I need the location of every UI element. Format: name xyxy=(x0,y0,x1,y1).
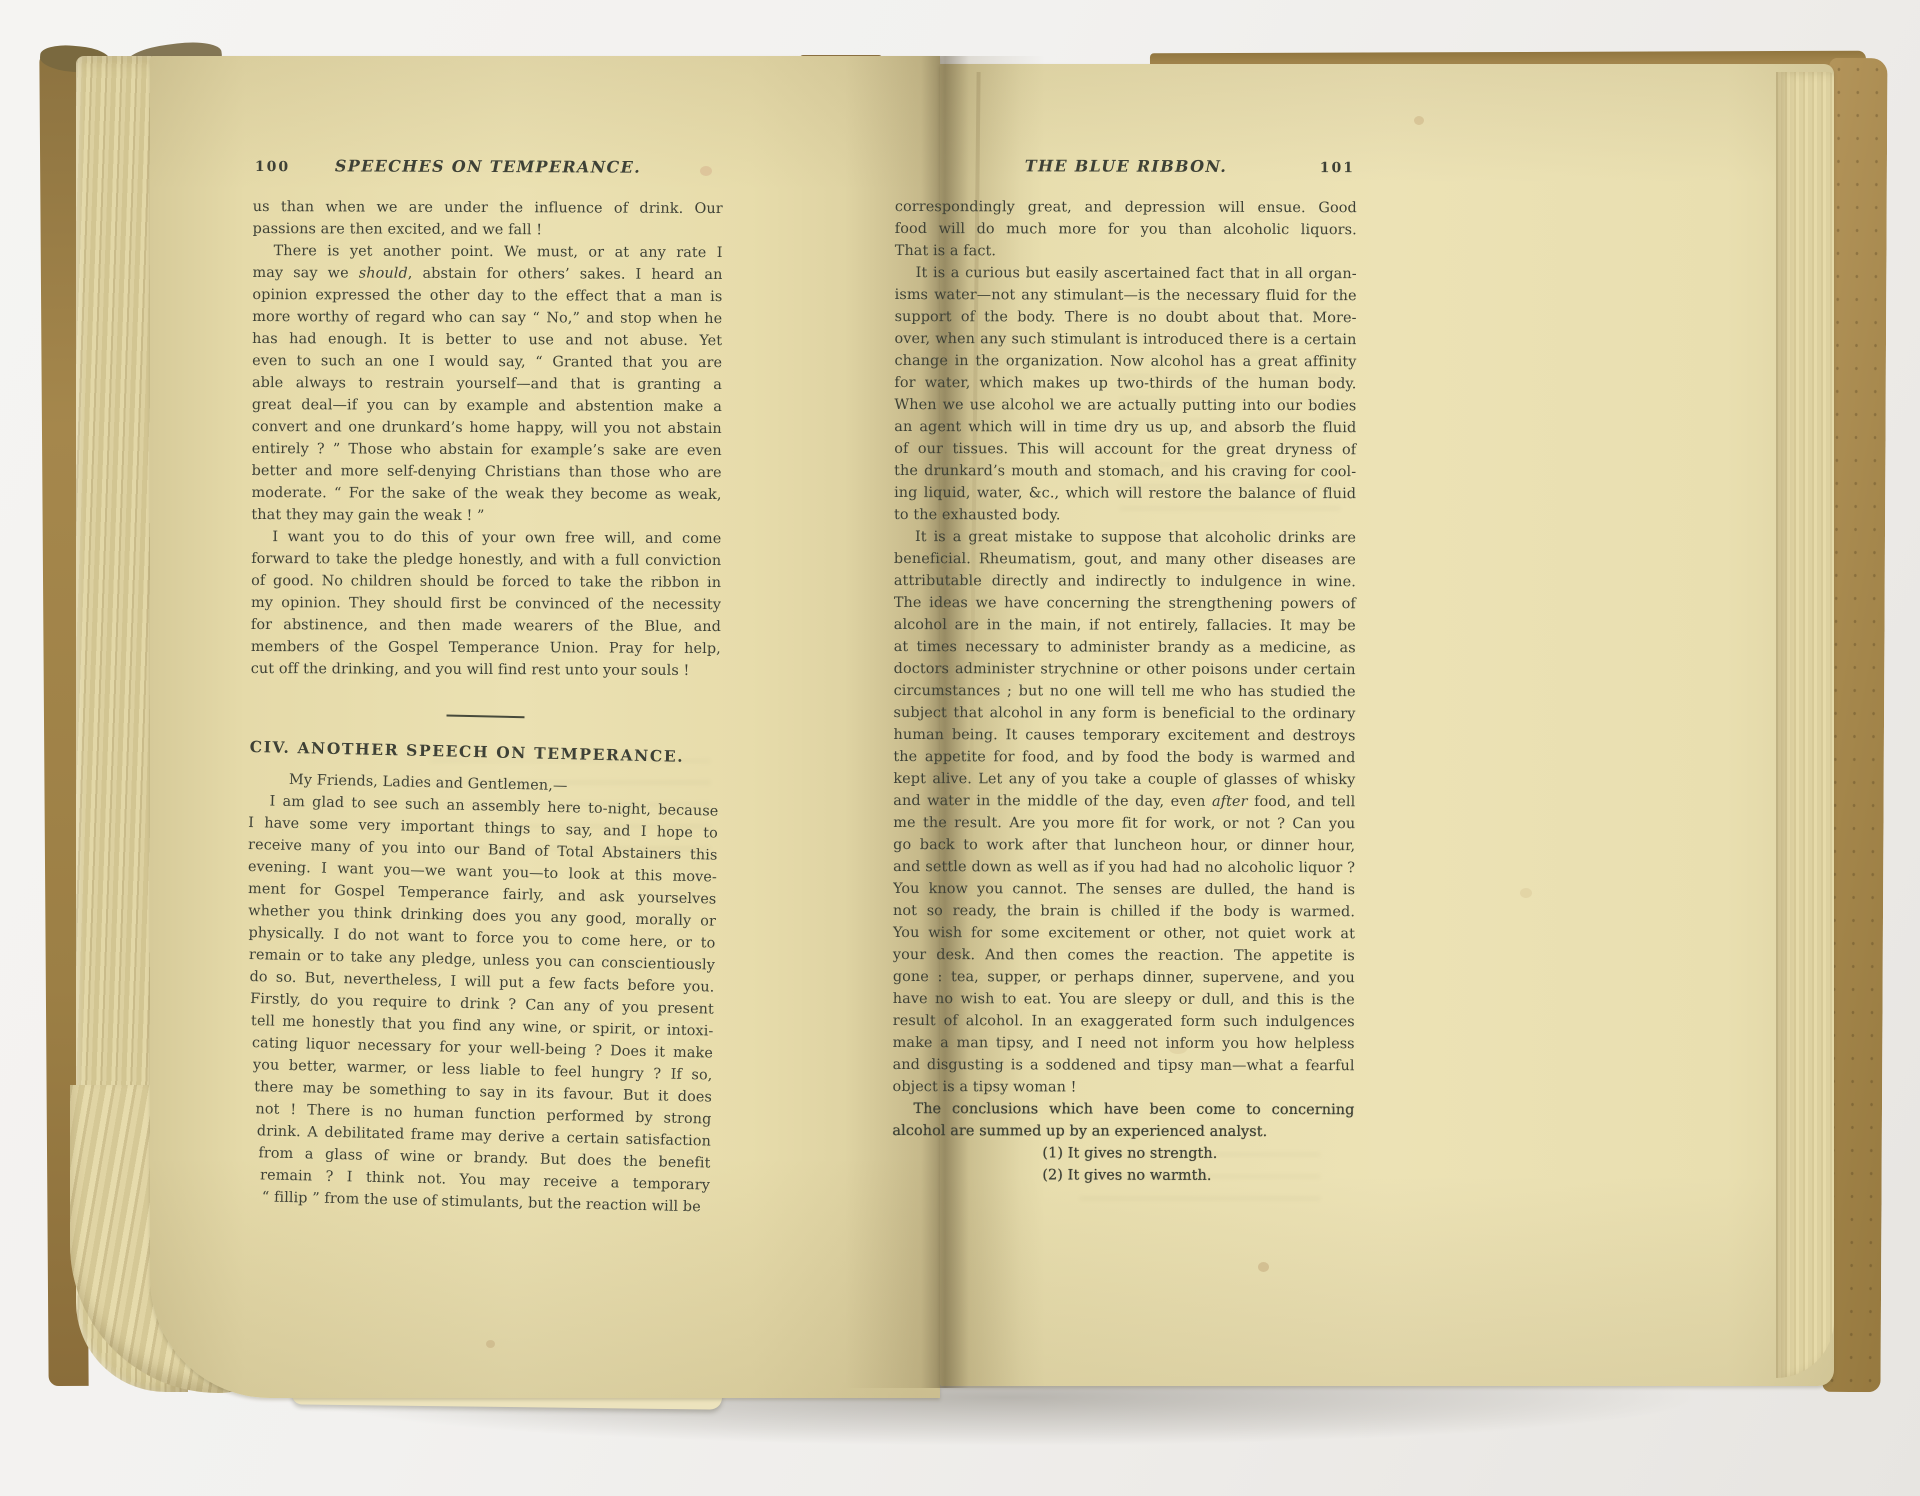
text-line: me the result. Are you more fit for work… xyxy=(893,812,1355,835)
text-line: the drunkard’s mouth and stomach, and hi… xyxy=(894,460,1356,483)
text-line: entirely ? ” Those who abstain for examp… xyxy=(252,438,722,462)
text-line: opinion expressed the other day to the e… xyxy=(252,284,722,308)
text-line: an agent which will in time dry us up, a… xyxy=(894,416,1356,439)
text-line: and settle down as well as if you had ha… xyxy=(893,856,1355,879)
text-line: There is yet another point. We must, or … xyxy=(253,240,723,264)
text-line: I want you to do this of your own free w… xyxy=(251,526,721,550)
text-line: doctors administer strychnine or other p… xyxy=(894,658,1356,681)
right-page-text: THE BLUE RIBBON. 101 correspondingly gre… xyxy=(892,156,1357,1187)
text-line: my opinion. They should first be convinc… xyxy=(251,592,721,616)
text-line: circumstances ; but no one will tell me … xyxy=(894,680,1356,703)
paragraph-block: My Friends, Ladies and Gentlemen,—I am g… xyxy=(239,768,719,1219)
section-block: CIV. ANOTHER SPEECH ON TEMPERANCE. My Fr… xyxy=(239,710,720,1219)
text-line: more worthy of regard who can say “ No,”… xyxy=(252,306,722,330)
text-line: for abstinence, and then made wearers of… xyxy=(251,614,721,638)
text-line: ing liquid, water, &c., which will resto… xyxy=(894,482,1356,505)
text-line: at times necessary to administer brandy … xyxy=(894,636,1356,659)
text-line: The ideas we have concerning the strengt… xyxy=(894,592,1356,615)
text-line: You wish for some excitement or other, n… xyxy=(893,922,1355,945)
text-line: to the exhausted body. xyxy=(894,504,1356,527)
text-line: correspondingly great, and depression wi… xyxy=(895,196,1357,219)
text-line: and disgusting is a soddened and tipsy m… xyxy=(893,1054,1355,1077)
text-line: subject that alcohol in any form is bene… xyxy=(894,702,1356,725)
foxing-spot xyxy=(1258,1262,1269,1272)
running-head: SPEECHES ON TEMPERANCE. xyxy=(335,156,641,176)
text-line: alcohol are summed up by an experienced … xyxy=(892,1120,1354,1143)
text-line: It is a curious but easily ascertained f… xyxy=(895,262,1357,285)
text-line: moderate. “ For the sake of the weak the… xyxy=(251,482,721,506)
text-line: You know you cannot. The senses are dull… xyxy=(893,878,1355,901)
running-head: THE BLUE RIBBON. xyxy=(1025,156,1228,176)
text-line: It is a great mistake to suppose that al… xyxy=(894,526,1356,549)
text-line: When we use alcohol we are actually putt… xyxy=(894,394,1356,417)
paragraph-block: us than when we are under the influence … xyxy=(251,196,723,682)
text-line: and water in the middle of the day, even… xyxy=(893,790,1355,813)
text-line: go back to work after that luncheon hour… xyxy=(893,834,1355,857)
text-line: your desk. And then comes the reaction. … xyxy=(893,944,1355,967)
text-line: object is a tipsy woman ! xyxy=(893,1076,1355,1099)
text-line: human being. It causes temporary excitem… xyxy=(893,724,1355,747)
text-line: kept alive. Let any of you take a couple… xyxy=(893,768,1355,791)
paragraph-block: correspondingly great, and depression wi… xyxy=(892,196,1357,1187)
text-line: isms water—not any stimulant—is the nece… xyxy=(895,284,1357,307)
text-line: us than when we are under the influence … xyxy=(253,196,723,220)
foxing-spot xyxy=(1414,116,1424,125)
left-page-header: 100 SPEECHES ON TEMPERANCE. xyxy=(253,156,723,184)
text-line: of good. No children should be forced to… xyxy=(251,570,721,594)
text-line: attributable directly and indirectly to … xyxy=(894,570,1356,593)
text-line: passions are then excited, and we fall ! xyxy=(253,218,723,242)
foxing-spot xyxy=(486,1340,495,1348)
text-line: gone : tea, supper, or perhaps dinner, s… xyxy=(893,966,1355,989)
text-line: members of the Gospel Temperance Union. … xyxy=(251,636,721,660)
text-line: alcohol are in the main, if not entirely… xyxy=(894,614,1356,637)
text-line: not so ready, the brain is chilled if th… xyxy=(893,900,1355,923)
section-divider xyxy=(446,714,524,718)
text-line: change in the organization. Now alcohol … xyxy=(894,350,1356,373)
text-line: (2) It gives no warmth. xyxy=(892,1164,1354,1187)
text-line: food will do much more for you than alco… xyxy=(895,218,1357,241)
text-line: convert and one drunkard’s home happy, w… xyxy=(252,416,722,440)
text-line: better and more self-denying Christians … xyxy=(252,460,722,484)
text-line: beneficial. Rheumatism, gout, and many o… xyxy=(894,548,1356,571)
page-number: 101 xyxy=(1320,160,1355,176)
section-heading: CIV. ANOTHER SPEECH ON TEMPERANCE. xyxy=(249,734,719,771)
page-number: 100 xyxy=(255,159,290,175)
text-line: The conclusions which have been come to … xyxy=(892,1098,1354,1121)
text-line: have no wish to eat. You are sleepy or d… xyxy=(893,988,1355,1011)
text-line: cut off the drinking, and you will find … xyxy=(251,658,721,682)
text-line: great deal—if you can by example and abs… xyxy=(252,394,722,418)
left-page-text: 100 SPEECHES ON TEMPERANCE. us than when… xyxy=(248,156,723,1210)
text-line: even to such an one I would say, “ Grant… xyxy=(252,350,722,374)
text-line: the appetite for food, and by food the b… xyxy=(893,746,1355,769)
text-line: of our tissues. This will account for th… xyxy=(894,438,1356,461)
text-line: support of the body. There is no doubt a… xyxy=(895,306,1357,329)
text-line: able always to restrain yourself—and tha… xyxy=(252,372,722,396)
text-line: over, when any such stimulant is introdu… xyxy=(894,328,1356,351)
text-line: That is a fact. xyxy=(895,240,1357,263)
text-line: that they may gain the weak ! ” xyxy=(251,504,721,528)
text-line: (1) It gives no strength. xyxy=(892,1142,1354,1165)
text-line: forward to take the pledge honestly, and… xyxy=(251,548,721,572)
text-line: may say we should, abstain for others’ s… xyxy=(252,262,722,286)
text-line: for water, which makes up two-thirds of … xyxy=(894,372,1356,395)
text-line: result of alcohol. In an exaggerated for… xyxy=(893,1010,1355,1033)
page-edges-right xyxy=(1776,72,1834,1378)
right-page-header: THE BLUE RIBBON. 101 xyxy=(895,156,1357,183)
text-line: has had enough. It is better to use and … xyxy=(252,328,722,352)
foxing-spot xyxy=(1520,888,1532,898)
text-line: make a man tipsy, and I need not inform … xyxy=(893,1032,1355,1055)
